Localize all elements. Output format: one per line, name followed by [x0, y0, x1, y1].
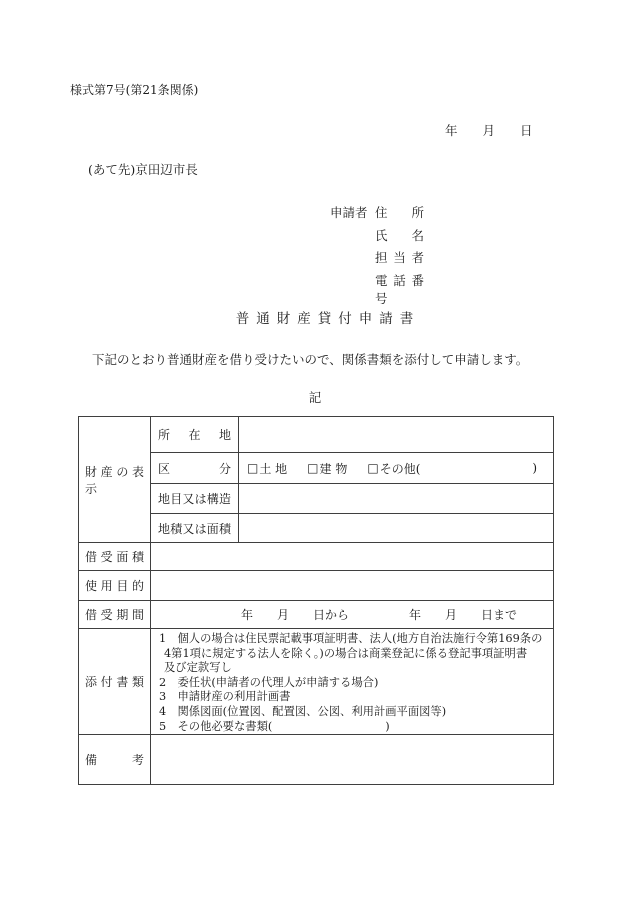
applicant-field-phone-label: 電話番号	[375, 271, 424, 307]
record-heading: 記	[0, 388, 630, 406]
category-label: 区 分	[151, 453, 239, 484]
land-category-or-structure-value-cell	[239, 484, 554, 514]
category-other-close-paren: )	[532, 461, 537, 475]
form-number: 様式第7号(第21条関係)	[70, 81, 198, 98]
form-document-page: 様式第7号(第21条関係) 年 月 日 (あて先)京田辺市長 申請者 住 所 氏…	[0, 0, 630, 903]
attachment-item-5: 5 その他必要な書類( )	[159, 720, 549, 735]
date-line: 年 月 日	[445, 121, 533, 139]
applicant-field-address-label: 住 所	[375, 203, 424, 221]
borrow-period-label: 借受期間	[79, 601, 151, 629]
category-option-land-label: 土 地	[259, 460, 287, 477]
category-option-other-label: その他(	[380, 460, 421, 477]
category-option-building-label: 建 物	[320, 460, 348, 477]
applicant-label: 申請者	[330, 203, 368, 221]
land-area-or-floor-area-label: 地積又は面積	[151, 514, 239, 543]
use-purpose-value-cell	[151, 571, 554, 601]
attachment-item-1-line-1: 1 個人の場合は住民票記載事項証明書、法人(地方自治法施行令第169条の	[159, 632, 549, 647]
checkbox-other-icon: □	[367, 461, 378, 475]
category-option-building: □建 物	[307, 460, 347, 477]
checkbox-building-icon: □	[307, 461, 318, 475]
borrow-period-value: 年 月 日から 年 月 日まで	[151, 601, 554, 629]
attachment-item-3: 3 申請財産の利用計画書	[159, 690, 549, 705]
borrow-area-label: 借受面積	[79, 543, 151, 571]
category-option-land: □土 地	[247, 460, 287, 477]
attachment-item-2: 2 委任状(申請者の代理人が申請する場合)	[159, 676, 549, 691]
category-options: □土 地 □建 物 □その他( )	[240, 460, 552, 477]
land-area-or-floor-area-value-cell	[239, 514, 554, 543]
addressee: (あて先)京田辺市長	[88, 160, 198, 178]
applicant-field-contact-person-label: 担当者	[375, 248, 424, 266]
location-value-cell	[239, 417, 554, 453]
remarks-value-cell	[151, 735, 554, 785]
attachment-item-1-line-3: 及び定款写し	[159, 661, 549, 676]
land-category-or-structure-label: 地目又は構造	[151, 484, 239, 514]
attachment-item-4: 4 関係図面(位置図、配置図、公図、利用計画平面図等)	[159, 705, 549, 720]
attachments-list: 1 個人の場合は住民票記載事項証明書、法人(地方自治法施行令第169条の 4第1…	[151, 629, 554, 735]
property-section-label: 財産の表示	[79, 417, 151, 543]
location-label: 所 在 地	[151, 417, 239, 453]
use-purpose-label: 使用目的	[79, 571, 151, 601]
applicant-field-name-label: 氏 名	[375, 226, 424, 244]
category-option-other: □その他(	[367, 460, 420, 477]
document-title: 普通財産貸付申請書	[26, 307, 630, 327]
checkbox-land-icon: □	[247, 461, 258, 475]
remarks-label: 備 考	[79, 735, 151, 785]
category-value-cell: □土 地 □建 物 □その他( )	[239, 453, 554, 484]
attachment-item-1-line-2: 4第1項に規定する法人を除く。)の場合は商業登記に係る登記事項証明書	[159, 647, 549, 662]
intro-text: 下記のとおり普通財産を借り受けたいので、関係書類を添付して申請します。	[92, 350, 528, 368]
attachments-label: 添付書類	[79, 629, 151, 735]
borrow-area-value-cell	[151, 543, 554, 571]
application-table: 財産の表示 所 在 地 区 分 □土 地 □建 物 □その他( ) 地目又は構造…	[78, 416, 554, 785]
